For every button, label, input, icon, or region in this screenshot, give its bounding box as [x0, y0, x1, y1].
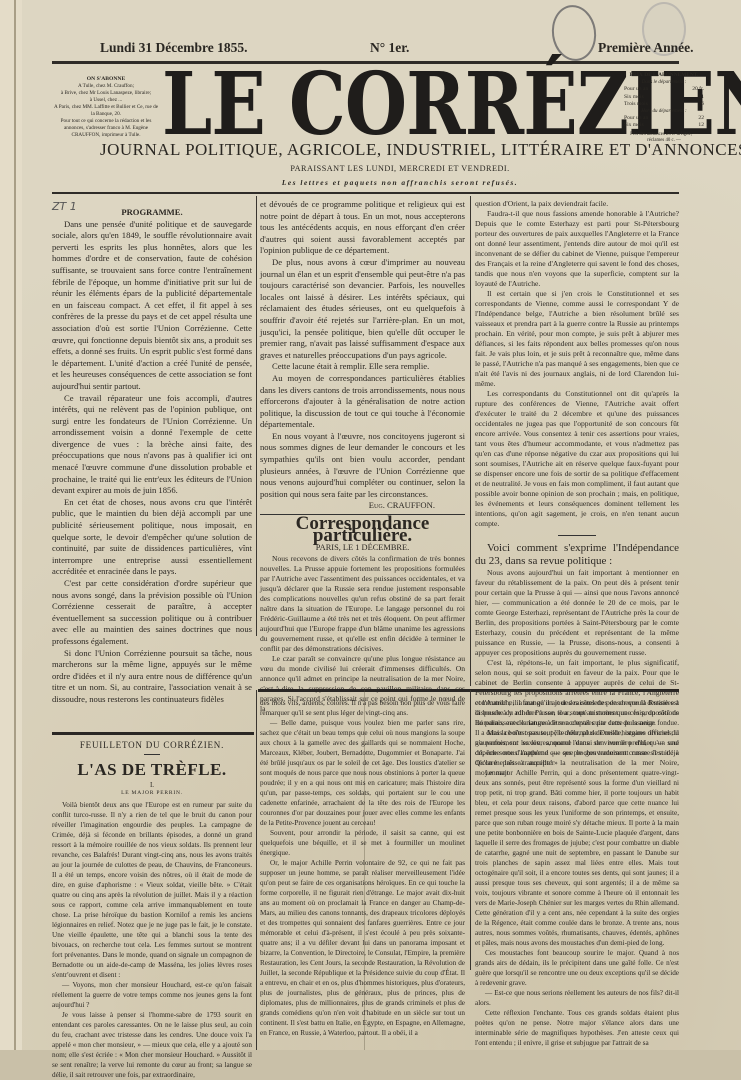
feuilleton-paragraph: Je vous laisse à penser si l'homme-sabre…	[52, 1010, 252, 1050]
article-paragraph: Cette lacune était à remplir. Elle sera …	[260, 361, 465, 373]
article-paragraph: Nous recevons de divers côtés la confirm…	[260, 554, 465, 654]
masthead-rule	[52, 192, 679, 194]
feuilleton-title: L'AS DE TRÈFLE.	[52, 760, 252, 780]
article-paragraph: De plus, nous avons à cœur d'imprimer au…	[260, 257, 465, 361]
article-paragraph: Ce travail réparateur une fois accompli,…	[52, 393, 252, 497]
price-row: Six mois11	[624, 94, 704, 101]
price-box: PRIX DE L'ABONNEMENT. Dans le départemen…	[624, 72, 704, 144]
article-paragraph: Il est certain que si j'en crois le Cons…	[475, 289, 679, 389]
subscription-line: à Brive, chez Mr Louis Lanaspeze, librai…	[52, 90, 160, 97]
masthead-subtitle: JOURNAL POLITIQUE, AGRICOLE, INDUSTRIEL,…	[100, 140, 700, 160]
feuilleton-paragraph: Souvent, pour arrondir la période, il sa…	[260, 828, 465, 858]
chapter-number: I.	[52, 781, 252, 789]
price-title: PRIX DE L'ABONNEMENT.	[624, 72, 704, 79]
programme-title: PROGRAMME.	[52, 207, 252, 219]
publication-schedule: PARAISSANT LES LUNDI, MERCREDI ET VENDRE…	[100, 164, 700, 173]
feuilleton-column-2: des mots vifs, ardents, colorés. Il n'a …	[260, 698, 465, 1038]
feuilleton-column-1: Voilà bientôt deux ans que l'Europe est …	[52, 800, 252, 1050]
feuilleton-rule	[258, 689, 679, 692]
article-paragraph: Au moyen de correspondances particulière…	[260, 373, 465, 431]
price-row: Trois mois6	[624, 101, 704, 108]
column-divider	[256, 196, 257, 636]
subscription-line: A Paris, chez MM. Laffitte et Bullier et…	[52, 104, 160, 118]
small-rule	[144, 754, 160, 755]
programme-column: PROGRAMME. Dans une pensée d'unité polit…	[52, 207, 252, 706]
article-paragraph: question d'Orient, la paix deviendrait f…	[475, 199, 679, 209]
subscription-box: ON S'ABONNE A Tulle, chez M. Crauffon; à…	[52, 76, 160, 139]
postage-notice: Les lettres et paquets non affranchis se…	[100, 178, 700, 187]
article-paragraph: Si donc l'Union Corrézienne poursuit sa …	[52, 648, 252, 706]
article-paragraph: et dévoués de ce programme politique et …	[260, 199, 465, 257]
masthead-title: LE CORRÉZIEN	[162, 68, 540, 142]
article-paragraph: Faudra-t-il que nous fassions amende hon…	[475, 209, 679, 289]
price-outside-label: Hors du département :	[624, 108, 704, 115]
feuilleton-paragraph: — Belle dame, puisque vous voulez bien m…	[260, 718, 465, 828]
column-divider	[256, 690, 257, 1050]
quote-intro: Voici comment s'exprime l'Indépendance d…	[475, 542, 679, 568]
price-row: Six mois12	[624, 122, 704, 129]
quoted-paragraph: Nous avons aujourd'hui un fait important…	[475, 568, 679, 658]
newspaper-page: Lundi 31 Décembre 1855. N° 1er. Première…	[22, 0, 741, 1050]
subscription-title: ON S'ABONNE	[52, 76, 160, 83]
chapter-title: LE MAJOR PERRIN.	[52, 790, 252, 796]
feuilleton-paragraph: Voilà bientôt deux ans que l'Europe est …	[52, 800, 252, 980]
page-edge	[0, 0, 23, 1050]
column-divider	[470, 196, 471, 686]
price-row: Pour un an20 fr.	[624, 86, 704, 93]
feuilleton-paragraph: Ces moustaches font beaucoup sourire le …	[475, 948, 679, 988]
editor-signature: Eug. CRAUFFON.	[260, 500, 465, 512]
subscription-line: A Tulle, chez M. Crauffon;	[52, 83, 160, 90]
feuilleton-column-3: commandé ; il a mangé un jour des côtele…	[475, 698, 679, 1048]
feuilleton-paragraph: commandé ; il a mangé un jour des côtele…	[475, 698, 679, 768]
article-paragraph: C'est par cette considération d'ordre su…	[52, 578, 252, 648]
binding-fold	[14, 0, 16, 1050]
feuilleton-paragraph: — Voyons, mon cher monsieur Houchard, es…	[52, 980, 252, 1010]
feuilleton-rule	[52, 732, 254, 735]
feuilleton-paragraph: Or, le major Achille Perrin volontaire d…	[260, 858, 465, 1038]
feuilleton-paragraph: Le major Achille Perrin, qui a donc prés…	[475, 768, 679, 948]
article-paragraph: Dans une pensée d'unité politique et de …	[52, 219, 252, 393]
correspondence-dateline: PARIS, LE 1 DÉCEMBRE.	[260, 542, 465, 554]
feuilleton-label: FEUILLETON DU CORRÉZIEN.	[52, 740, 252, 750]
article-paragraph: En cet état de choses, nous avons cru qu…	[52, 497, 252, 578]
feuilleton-header: FEUILLETON DU CORRÉZIEN. L'AS DE TRÈFLE.…	[52, 740, 252, 796]
price-row: Pour un an22	[624, 115, 704, 122]
feuilleton-paragraph: des mots vifs, ardents, colorés. Il n'a …	[260, 698, 465, 718]
subscription-line: Pour tout ce qui concerne la rédaction e…	[52, 118, 160, 139]
article-paragraph: En nous voyant à l'œuvre, nos concitoyen…	[260, 431, 465, 501]
subscription-line: à Ussel, chez ...	[52, 97, 160, 104]
feuilleton-paragraph: — Est-ce que nous serions réellement les…	[475, 988, 679, 1008]
programme-continued-column: et dévoués de ce programme politique et …	[260, 199, 465, 714]
feuilleton-paragraph: Cette réflexion l'enchante. Tous ces gra…	[475, 1008, 679, 1048]
correspondence-title: Correspondance particulière.	[260, 518, 465, 541]
section-rule	[558, 535, 596, 536]
article-paragraph: Les correspondants du Constitutionnel on…	[475, 389, 679, 529]
column-divider	[470, 690, 471, 970]
